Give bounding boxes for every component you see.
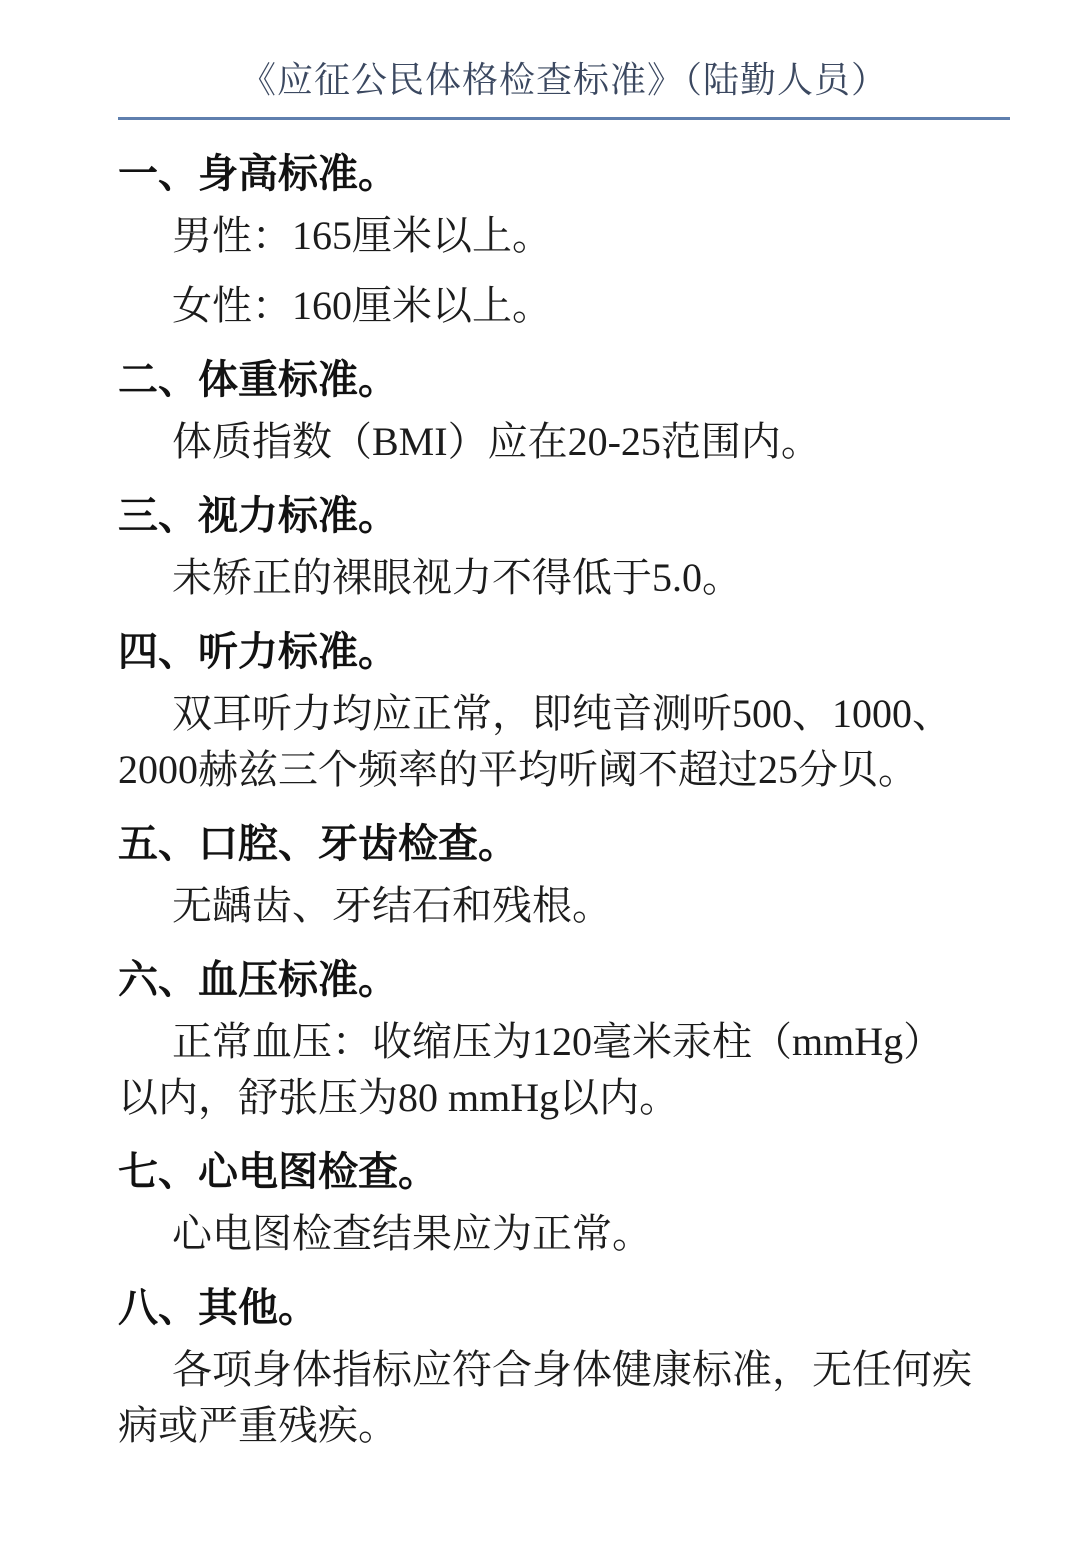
page-title: 《应征公民体格检查标准》（陆勤人员）	[118, 58, 1010, 102]
section-ecg-line: 心电图检查结果应为正常。	[118, 1206, 1010, 1262]
section-height-standard: 一、身高标准。 男性：165厘米以上。 女性：160厘米以上。	[118, 150, 1010, 334]
section-dental-heading: 五、口腔、牙齿检查。	[118, 820, 1010, 868]
section-blood-pressure-heading: 六、血压标准。	[118, 956, 1010, 1004]
document-page: 《应征公民体格检查标准》（陆勤人员） 一、身高标准。 男性：165厘米以上。 女…	[0, 0, 1080, 1562]
title-divider	[118, 117, 1010, 120]
section-hearing-line-2: 2000赫兹三个频率的平均听阈不超过25分贝。	[118, 742, 1010, 798]
section-blood-pressure-standard: 六、血压标准。 正常血压：收缩压为120毫米汞柱（mmHg） 以内，舒张压为80…	[118, 956, 1010, 1126]
section-dental-line: 无龋齿、牙结石和残根。	[118, 878, 1010, 934]
section-weight-heading: 二、体重标准。	[118, 356, 1010, 404]
document-header: 《应征公民体格检查标准》（陆勤人员）	[118, 0, 1010, 120]
section-other-line-2: 病或严重残疾。	[118, 1398, 1010, 1454]
section-vision-standard: 三、视力标准。 未矫正的裸眼视力不得低于5.0。	[118, 492, 1010, 606]
section-other-line-1: 各项身体指标应符合身体健康标准，无任何疾	[118, 1342, 1010, 1398]
section-other-heading: 八、其他。	[118, 1284, 1010, 1332]
section-ecg-exam: 七、心电图检查。 心电图检查结果应为正常。	[118, 1148, 1010, 1262]
section-hearing-heading: 四、听力标准。	[118, 628, 1010, 676]
section-height-line-male: 男性：165厘米以上。	[118, 208, 1010, 264]
section-weight-line-bmi: 体质指数（BMI）应在20-25范围内。	[118, 414, 1010, 470]
section-height-heading: 一、身高标准。	[118, 150, 1010, 198]
section-hearing-standard: 四、听力标准。 双耳听力均应正常，即纯音测听500、1000、 2000赫兹三个…	[118, 628, 1010, 798]
section-blood-pressure-line-1: 正常血压：收缩压为120毫米汞柱（mmHg）	[118, 1014, 1010, 1070]
section-blood-pressure-line-2: 以内，舒张压为80 mmHg以内。	[118, 1070, 1010, 1126]
section-dental-exam: 五、口腔、牙齿检查。 无龋齿、牙结石和残根。	[118, 820, 1010, 934]
section-other: 八、其他。 各项身体指标应符合身体健康标准，无任何疾 病或严重残疾。	[118, 1284, 1010, 1454]
section-weight-standard: 二、体重标准。 体质指数（BMI）应在20-25范围内。	[118, 356, 1010, 470]
section-vision-heading: 三、视力标准。	[118, 492, 1010, 540]
section-vision-line: 未矫正的裸眼视力不得低于5.0。	[118, 550, 1010, 606]
section-hearing-line-1: 双耳听力均应正常，即纯音测听500、1000、	[118, 686, 1010, 742]
section-ecg-heading: 七、心电图检查。	[118, 1148, 1010, 1196]
section-height-line-female: 女性：160厘米以上。	[118, 278, 1010, 334]
